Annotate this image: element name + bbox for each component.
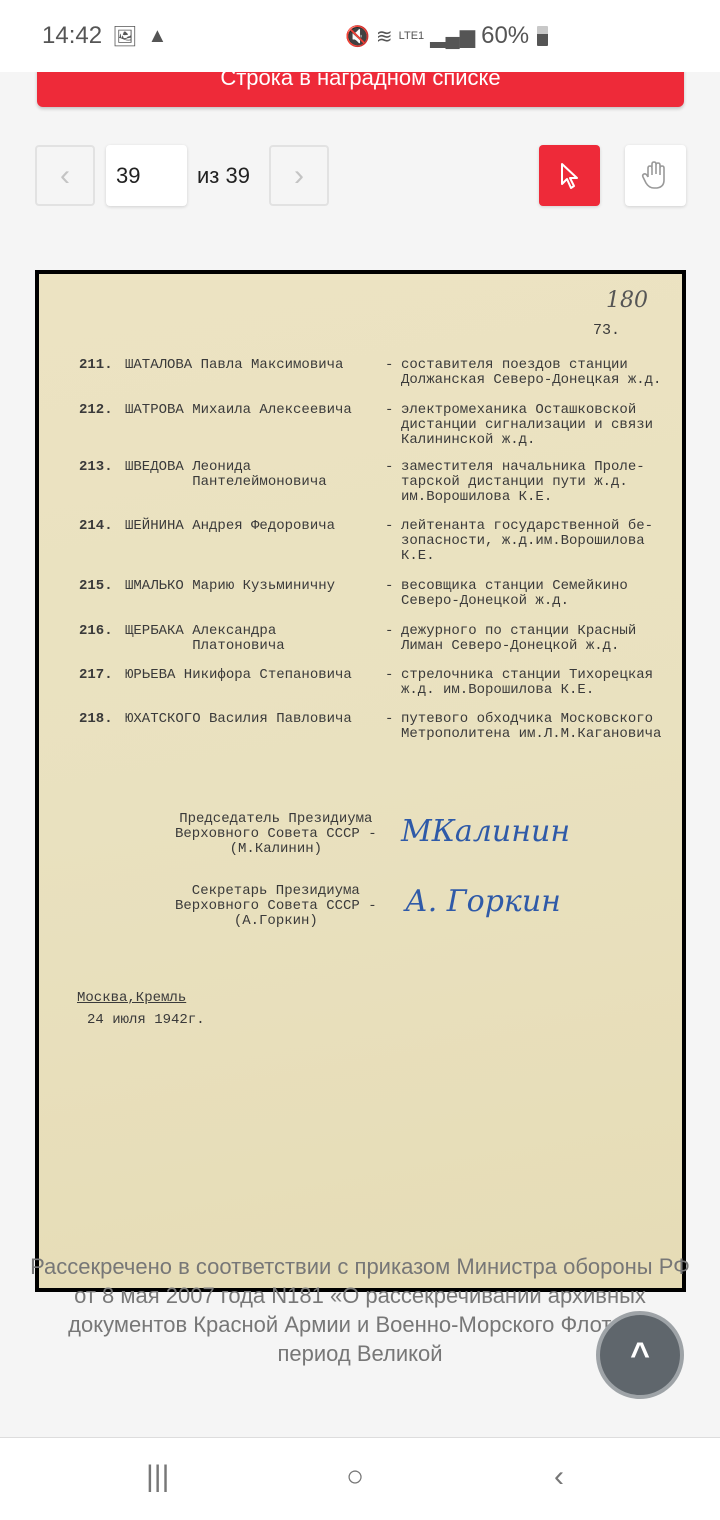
declassification-notice: Рассекречено в соответствии с приказом М… <box>30 1252 690 1368</box>
recent-apps-button[interactable]: ||| <box>146 1460 169 1494</box>
battery-icon <box>537 26 548 46</box>
secretary-signature: А. Горкин <box>405 884 561 919</box>
document-page-number: 73. <box>593 322 620 339</box>
home-button[interactable]: ○ <box>346 1460 364 1494</box>
signal-icon: ▂▄▆ <box>430 24 475 49</box>
wifi-icon: ≋ <box>376 24 393 49</box>
back-button[interactable]: ‹ <box>554 1460 564 1494</box>
scroll-to-top-button[interactable]: ^ <box>596 1311 684 1399</box>
folio-number: 180 <box>606 288 648 313</box>
image-notification-icon: 🖼 <box>112 24 137 49</box>
lte-icon: LTE1 <box>399 31 424 41</box>
status-bar: 14:42 🖼 ▲ 🔇 ≋ LTE1 ▂▄▆ 60% <box>0 0 720 72</box>
next-page-button[interactable]: › <box>269 145 329 206</box>
mute-icon: 🔇 <box>345 24 370 49</box>
clock: 14:42 <box>42 22 102 50</box>
prev-page-button[interactable]: ‹ <box>35 145 95 206</box>
hand-tool-button[interactable] <box>625 145 686 206</box>
document-date: 24 июля 1942г. <box>87 1012 205 1028</box>
document-page-image: 180 73. 211. ШАТАЛОВА Павла Максимовича … <box>39 274 682 1288</box>
chairman-signature-block: Председатель Президиума Верховного Совет… <box>175 812 377 857</box>
chevron-left-icon: ‹ <box>60 159 70 193</box>
battery-percent: 60% <box>481 22 529 50</box>
page-total-label: из 39 <box>197 145 250 206</box>
secretary-signature-block: Секретарь Президиума Верховного Совета С… <box>175 884 377 929</box>
cursor-icon <box>557 161 583 191</box>
hand-icon <box>639 159 673 193</box>
page-number-input[interactable]: 39 <box>106 145 187 206</box>
chevron-up-icon: ^ <box>630 1336 650 1375</box>
document-viewer[interactable]: 180 73. 211. ШАТАЛОВА Павла Максимовича … <box>35 270 686 1292</box>
warning-icon: ▲ <box>147 25 167 48</box>
chairman-signature: МКалинин <box>401 814 570 849</box>
document-place: Москва,Кремль <box>77 990 186 1006</box>
pagination-toolbar: ‹ 39 из 39 › <box>0 145 720 207</box>
android-nav-bar: ||| ○ ‹ <box>0 1437 720 1520</box>
pointer-tool-button[interactable] <box>539 145 600 206</box>
chevron-right-icon: › <box>294 159 304 193</box>
